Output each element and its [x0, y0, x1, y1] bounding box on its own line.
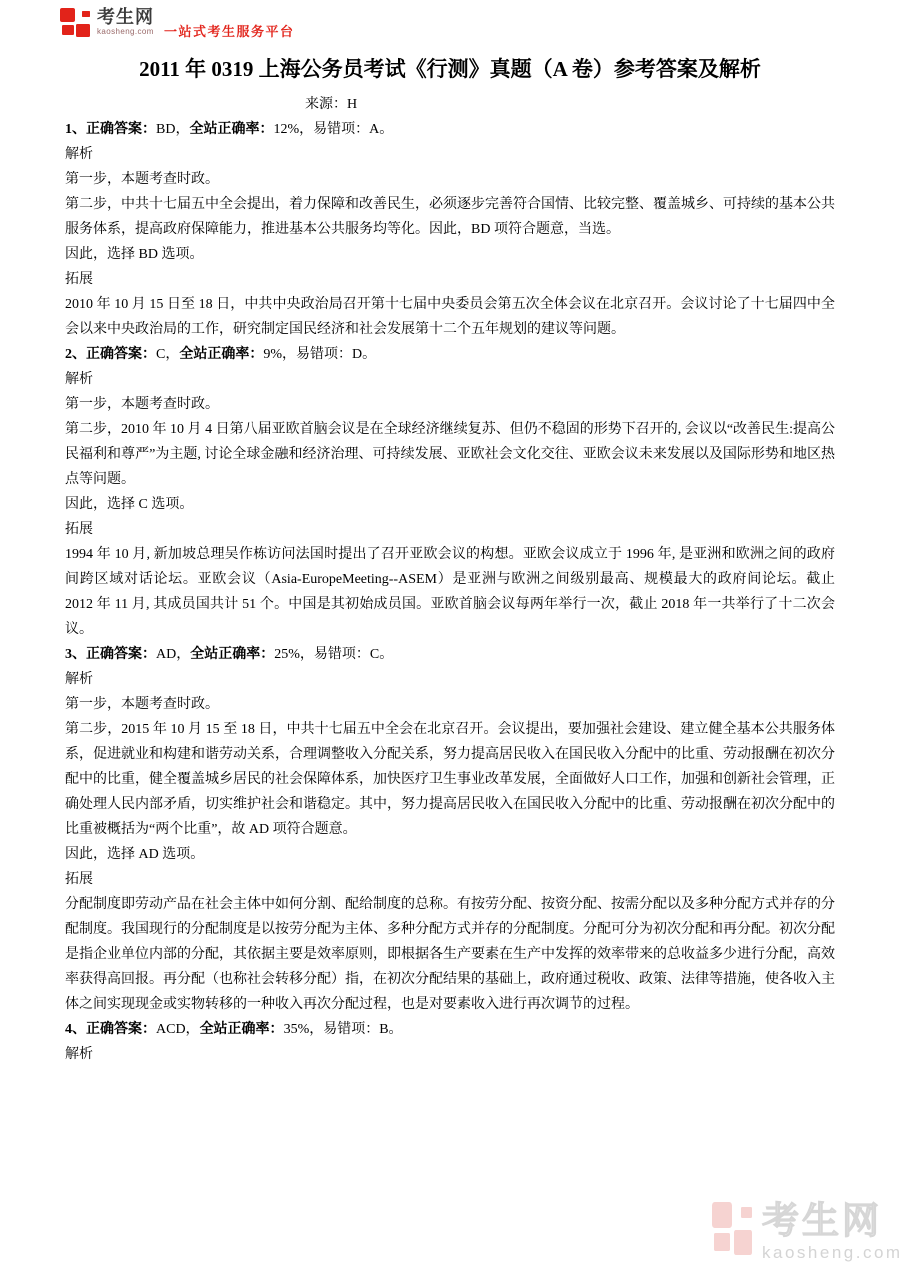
conclusion-paragraph: 因此，选择 AD 选项。: [65, 842, 835, 867]
question-block-4: 4、正确答案：ACD，全站正确率：35%，易错项：B。 解析: [65, 1017, 835, 1067]
document-page: 考生网 kaosheng.com 一站式考生服务平台 2011 年 0319 上…: [0, 0, 900, 1273]
kaosheng-logo-icon: [60, 8, 90, 38]
answer-label: 1、正确答案：: [65, 122, 156, 137]
rate-label: 全站正确率：: [189, 122, 273, 137]
rate-value: 12%，易错项：A。: [273, 122, 393, 137]
analysis-label: 解析: [65, 1042, 835, 1067]
logo-domain: kaosheng.com: [97, 28, 154, 36]
answer-line: 1、正确答案：BD，全站正确率：12%，易错项：A。: [65, 117, 835, 142]
logo-name: 考生网: [97, 8, 154, 26]
document-body: 1、正确答案：BD，全站正确率：12%，易错项：A。 解析 第一步，本题考查时政…: [65, 117, 835, 1067]
watermark-domain: kaosheng.com: [762, 1244, 900, 1261]
expand-paragraph: 2010 年 10 月 15 日至 18 日，中共中央政治局召开第十七届中央委员…: [65, 292, 835, 342]
expand-label: 拓展: [65, 267, 835, 292]
kaosheng-logo: 考生网 kaosheng.com: [60, 8, 154, 38]
answer-value: ACD，: [156, 1022, 200, 1037]
conclusion-paragraph: 因此，选择 BD 选项。: [65, 242, 835, 267]
rate-value: 25%，易错项：C。: [274, 647, 393, 662]
watermark-name: 考生网: [762, 1202, 900, 1239]
step-1-paragraph: 第一步，本题考查时政。: [65, 692, 835, 717]
watermark: 考生网 kaosheng.com: [712, 1202, 900, 1261]
expand-label: 拓展: [65, 867, 835, 892]
expand-paragraph: 分配制度即劳动产品在社会主体中如何分割、配给制度的总称。有按劳分配、按资分配、按…: [65, 892, 835, 1017]
answer-label: 4、正确答案：: [65, 1022, 156, 1037]
answer-value: AD，: [156, 647, 190, 662]
page-title: 2011 年 0319 上海公务员考试《行测》真题（A 卷）参考答案及解析: [40, 54, 860, 84]
step-1-paragraph: 第一步，本题考查时政。: [65, 167, 835, 192]
conclusion-paragraph: 因此，选择 C 选项。: [65, 492, 835, 517]
answer-value: C，: [156, 347, 179, 362]
step-2-paragraph: 第二步，2015 年 10 月 15 至 18 日，中共十七届五中全会在北京召开…: [65, 717, 835, 842]
step-1-paragraph: 第一步，本题考查时政。: [65, 392, 835, 417]
rate-value: 35%，易错项：B。: [284, 1022, 403, 1037]
logo-tagline: 一站式考生服务平台: [164, 21, 295, 40]
answer-line: 2、正确答案：C，全站正确率：9%，易错项：D。: [65, 342, 835, 367]
analysis-label: 解析: [65, 142, 835, 167]
question-block-2: 2、正确答案：C，全站正确率：9%，易错项：D。 解析 第一步，本题考查时政。 …: [65, 342, 835, 642]
rate-label: 全站正确率：: [200, 1022, 284, 1037]
expand-label: 拓展: [65, 517, 835, 542]
analysis-label: 解析: [65, 367, 835, 392]
question-block-3: 3、正确答案：AD，全站正确率：25%，易错项：C。 解析 第一步，本题考查时政…: [65, 642, 835, 1017]
watermark-logo-icon: [712, 1202, 752, 1256]
answer-value: BD，: [156, 122, 189, 137]
source-line: 来源：H: [305, 92, 900, 117]
analysis-label: 解析: [65, 667, 835, 692]
rate-label: 全站正确率：: [190, 647, 274, 662]
step-2-paragraph: 第二步，2010 年 10 月 4 日第八届亚欧首脑会议是在全球经济继续复苏、但…: [65, 417, 835, 492]
rate-label: 全站正确率：: [179, 347, 263, 362]
question-block-1: 1、正确答案：BD，全站正确率：12%，易错项：A。 解析 第一步，本题考查时政…: [65, 117, 835, 342]
answer-line: 4、正确答案：ACD，全站正确率：35%，易错项：B。: [65, 1017, 835, 1042]
answer-label: 3、正确答案：: [65, 647, 156, 662]
answer-label: 2、正确答案：: [65, 347, 156, 362]
page-header: 考生网 kaosheng.com 一站式考生服务平台: [0, 0, 900, 44]
answer-line: 3、正确答案：AD，全站正确率：25%，易错项：C。: [65, 642, 835, 667]
rate-value: 9%，易错项：D。: [263, 347, 376, 362]
expand-paragraph: 1994 年 10 月, 新加坡总理吴作栋访问法国时提出了召开亚欧会议的构想。亚…: [65, 542, 835, 642]
step-2-paragraph: 第二步，中共十七届五中全会提出，着力保障和改善民生，必须逐步完善符合国情、比较完…: [65, 192, 835, 242]
